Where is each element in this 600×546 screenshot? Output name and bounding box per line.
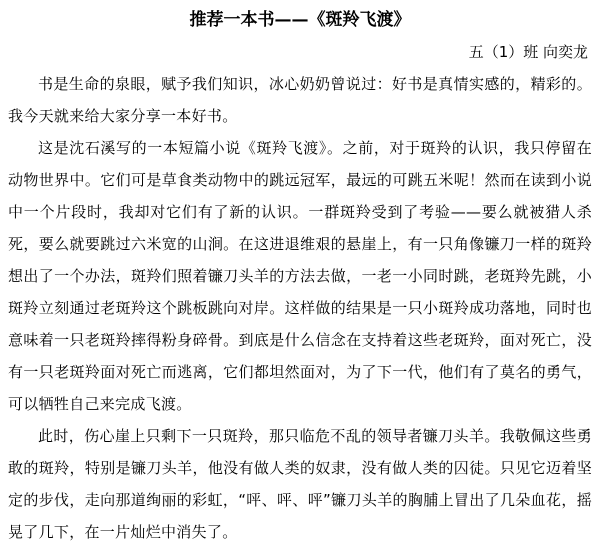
document-title: 推荐一本书——《斑羚飞渡》 <box>8 4 592 36</box>
paragraph-summary: 这是沈石溪写的一本短篇小说《斑羚飞渡》。之前，对于斑羚的认识，我只停留在动物世界… <box>8 132 592 420</box>
paragraph-intro: 书是生命的泉眼，赋予我们知识，冰心奶奶曾说过：好书是真情实感的，精彩的。我今天就… <box>8 68 592 132</box>
document-page: 推荐一本书——《斑羚飞渡》 五（1）班 向奕龙 书是生命的泉眼，赋予我们知识，冰… <box>0 0 600 546</box>
author-line: 五（1）班 向奕龙 <box>8 36 592 68</box>
paragraph-conclusion: 此时，伤心崖上只剩下一只斑羚，那只临危不乱的领导者镰刀头羊。我敬佩这些勇敢的斑羚… <box>8 420 592 546</box>
